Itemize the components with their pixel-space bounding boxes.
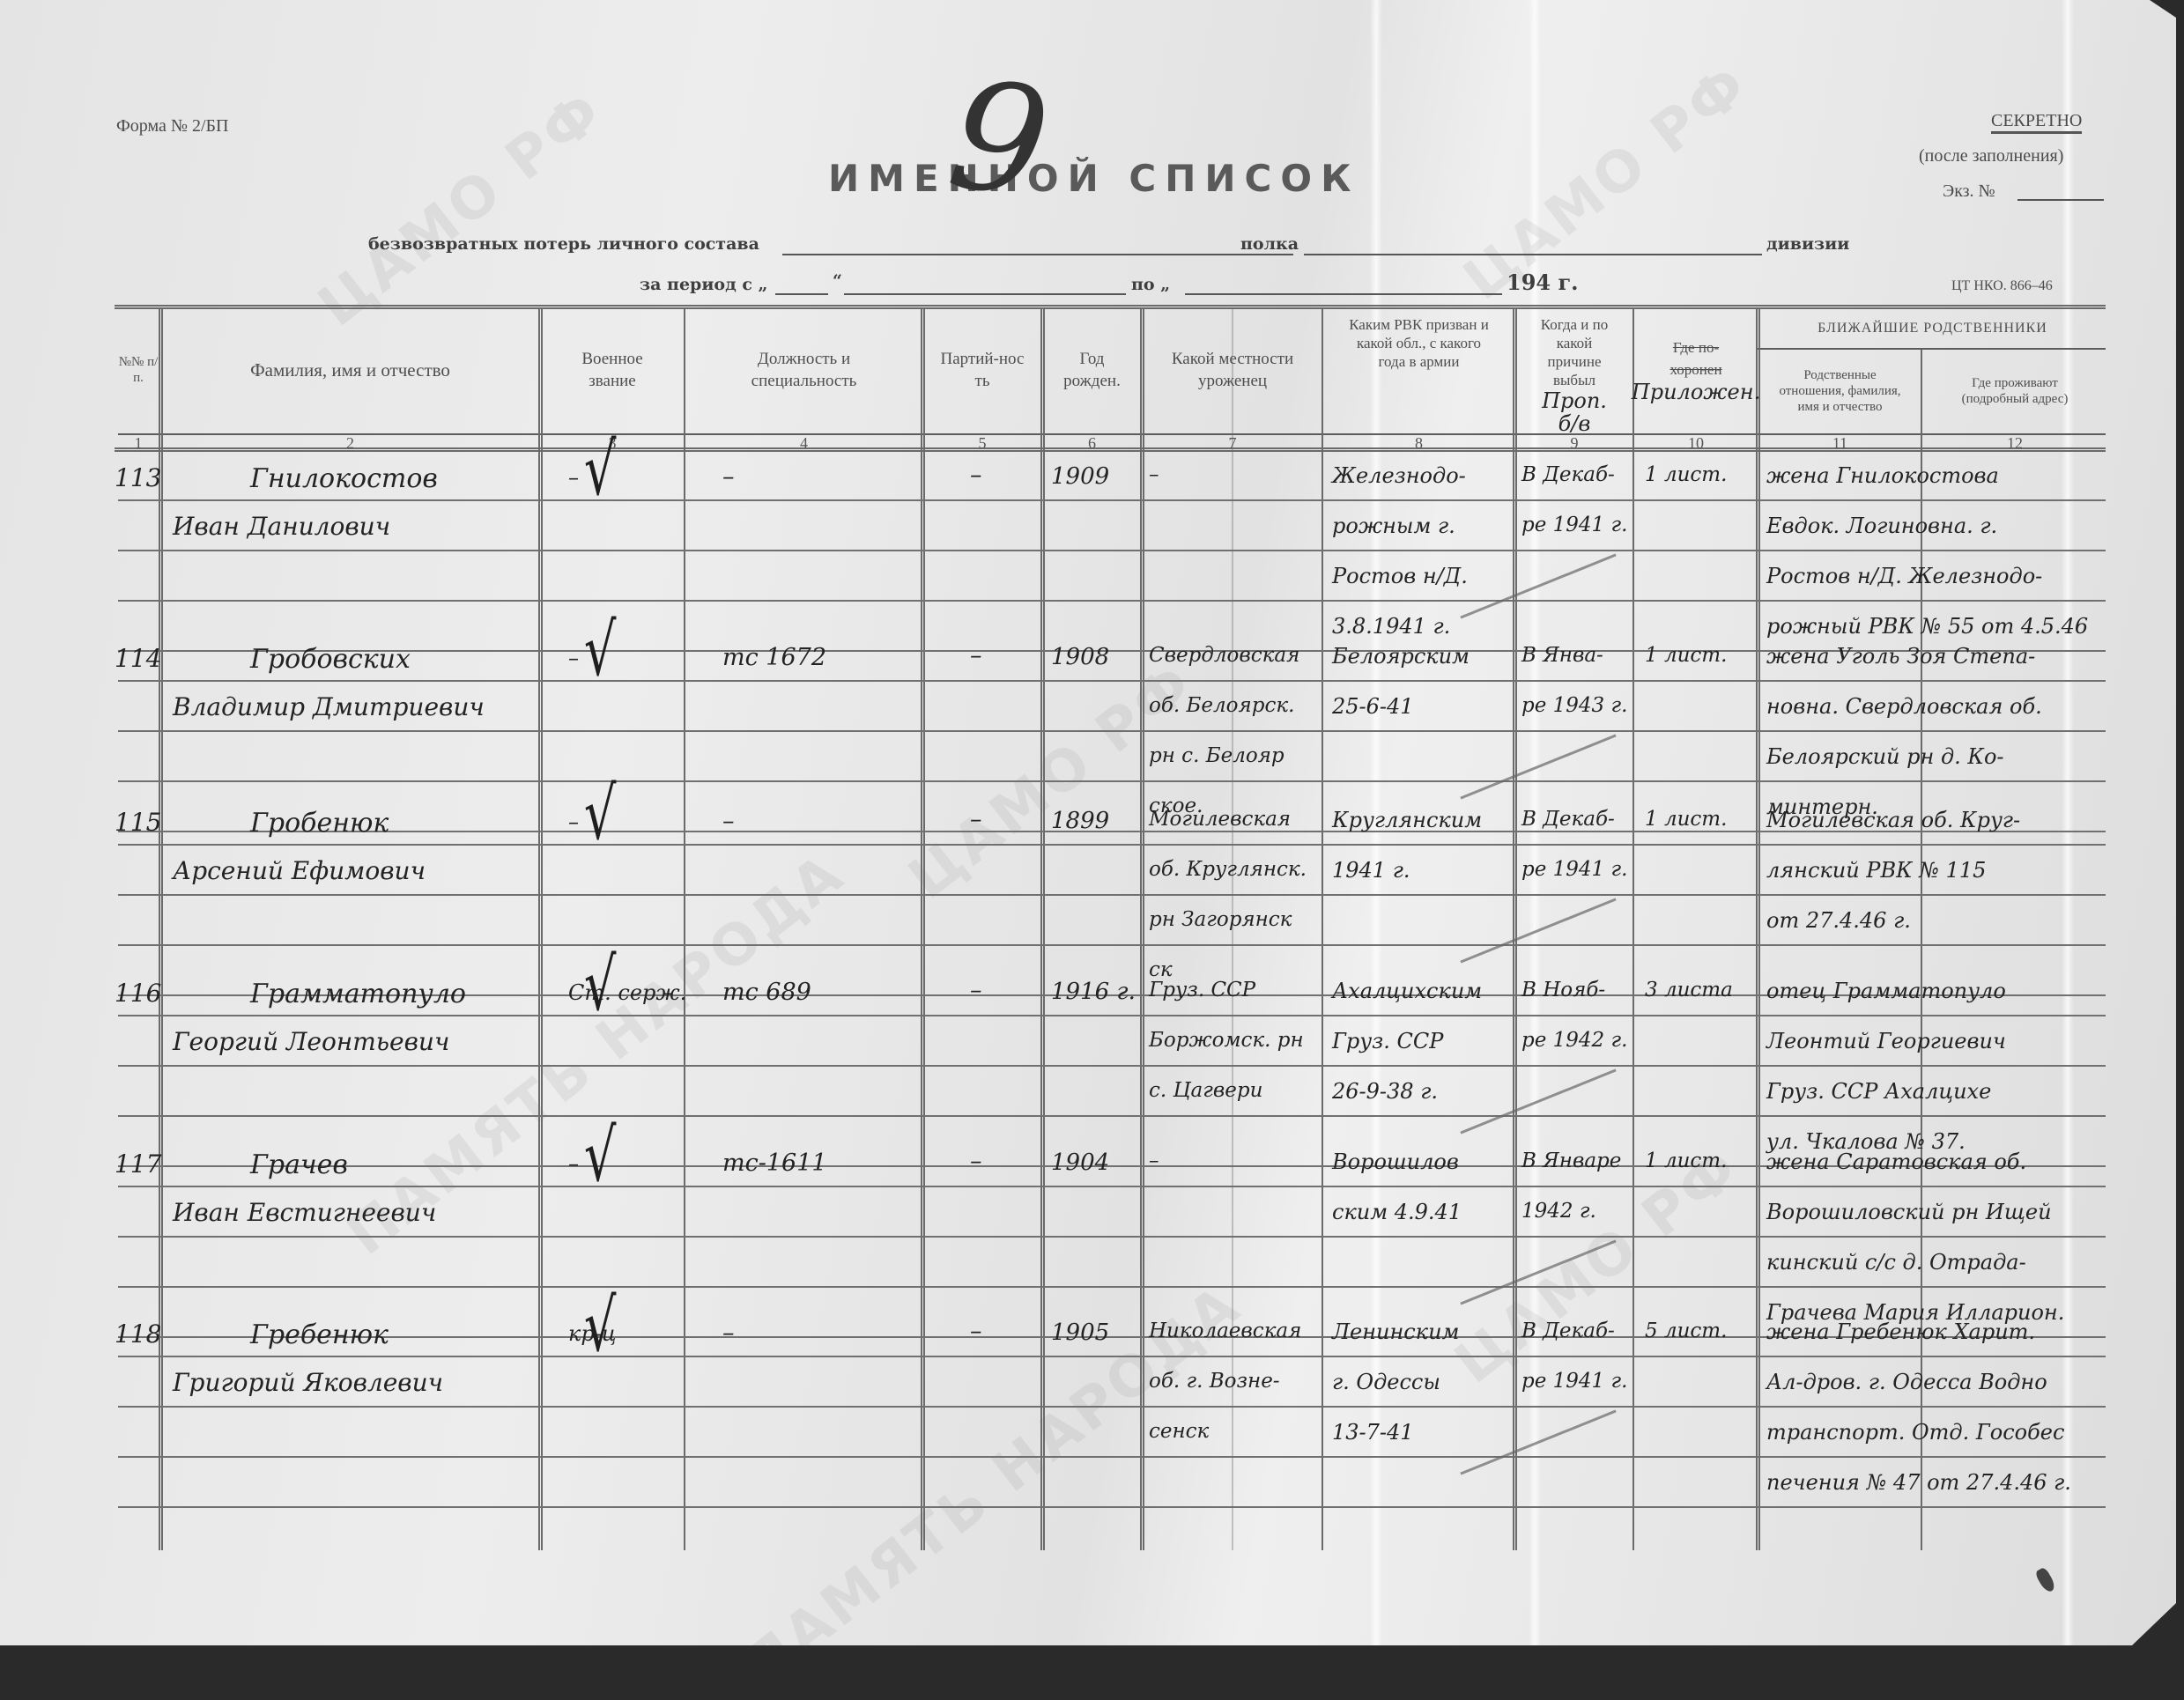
party-membership: – (970, 642, 982, 669)
row-number: 116 (115, 979, 161, 1008)
column-divider (684, 308, 685, 1550)
secret-label: СЕКРЕТНО (1991, 111, 2082, 134)
col-number: 11 (1759, 434, 1921, 453)
col-header-position: Должность и специальность (687, 308, 921, 432)
loss-date-line: ре 1943 г. (1521, 694, 1627, 717)
ruled-line (118, 1236, 2106, 1238)
loss-date-line: В Январе (1521, 1149, 1621, 1172)
loss-date-line: В Нояб- (1521, 979, 1605, 1002)
burial-pages: 5 лист. (1645, 1319, 1727, 1342)
loss-date-line: В Декаб- (1521, 1319, 1615, 1342)
col-header-rvk: Каким РВК призван и какой обл., с какого… (1325, 308, 1513, 432)
ruled-line (118, 1186, 2106, 1187)
surname: Гробовских (250, 644, 411, 675)
document-title: ИМЕННОЙ СПИСОК (828, 157, 1359, 200)
position-specialty: – (722, 463, 735, 491)
position-specialty: тс-1611 (722, 1149, 827, 1177)
checkmark-icon: √ (584, 609, 617, 692)
rvk-line: г. Одессы (1332, 1370, 1440, 1394)
col-header-birth-year: Год рожден. (1044, 308, 1140, 432)
ruled-line (118, 550, 2106, 551)
column-divider (1513, 308, 1517, 1550)
column-divider (538, 308, 543, 1550)
period-quote: “ (833, 271, 842, 291)
col-header-rank: Военное звание (542, 308, 683, 432)
ruled-line (118, 894, 2106, 896)
col-header-handwritten: Проп. б/в (1536, 389, 1613, 435)
relative-line: Груз. ССР Ахалцихе (1766, 1079, 1991, 1104)
ruled-line (118, 730, 2106, 732)
loss-date-line: 1942 г. (1521, 1200, 1596, 1223)
birthplace-line: об. Белоярск. (1149, 694, 1294, 717)
checkmark-icon: √ (584, 1284, 617, 1368)
birthplace-line: с. Цагвери (1149, 1079, 1262, 1102)
column-divider (159, 308, 163, 1550)
loss-date-line: В Янва- (1521, 644, 1603, 667)
burial-pages: 1 лист. (1645, 808, 1727, 831)
col-number: 2 (162, 434, 538, 453)
rvk-line: Ростов н/Д. (1332, 564, 1468, 588)
division-label: дивизии (1766, 234, 1849, 254)
ruled-line (118, 1015, 2106, 1016)
regiment-label: полка (1240, 234, 1299, 254)
birthplace-line: – (1149, 463, 1159, 486)
ruled-line (118, 844, 2106, 846)
relative-line: жена Гребенюк Харит. (1766, 1319, 2035, 1344)
relative-line: Ворошиловский рн Ищей (1766, 1200, 2052, 1224)
party-membership: – (970, 806, 982, 833)
birthplace-line: рн с. Белояр (1149, 744, 1284, 767)
relatives-group-divider (1758, 348, 2106, 350)
relative-line: транспорт. Отд. Гособес (1766, 1420, 2064, 1445)
birthplace-line: Свердловская (1149, 644, 1299, 667)
relative-line: лянский РВК № 115 (1766, 858, 1986, 883)
relative-line: жена Уголь Зоя Степа- (1766, 644, 2035, 669)
period-year: 194 г. (1507, 270, 1579, 295)
rvk-line: Ленинским (1332, 1319, 1459, 1344)
given-names: Арсений Ефимович (173, 856, 426, 885)
relative-line: Леонтий Георгиевич (1766, 1029, 2006, 1053)
rvk-line: Груз. ССР (1332, 1029, 1443, 1053)
party-membership: – (970, 977, 982, 1004)
col-header-label: Где проживают (подробный адрес) (1951, 375, 2079, 407)
ruled-line (118, 499, 2106, 501)
relative-line: от 27.4.46 г. (1766, 908, 1911, 933)
col-header-label: Какой местности уроженец (1152, 348, 1313, 392)
birthplace-line: сенск (1149, 1420, 1209, 1443)
relative-line: Ал-дров. г. Одесса Водно (1766, 1370, 2047, 1394)
col-header-label: Где по-хоронен (1657, 336, 1735, 381)
loss-date-line: ре 1941 г. (1521, 1370, 1627, 1393)
paper-fold (2062, 0, 2074, 1645)
col-header-name: Фамилия, имя и отчество (162, 308, 538, 432)
relatives-group-header: БЛИЖАЙШИЕ РОДСТВЕННИКИ (1759, 308, 2106, 348)
birth-year: 1899 (1051, 808, 1109, 834)
rvk-line: 26-9-38 г. (1332, 1079, 1438, 1104)
col-header-number: №№ п/п. (118, 308, 159, 432)
col-number: 5 (924, 434, 1040, 453)
col-header-label: Каким РВК призван и какой обл., с какого… (1344, 315, 1493, 371)
birth-year: 1909 (1051, 463, 1109, 490)
given-names: Иван Евстигнеевич (173, 1198, 436, 1227)
document-page: ЦАМО РФ ЦАМО РФ ЦАМО РФ ПАМЯТЬ НАРОДА ЦА… (0, 0, 2176, 1645)
surname: Грамматопуло (250, 979, 466, 1009)
rvk-line: Белоярским (1332, 644, 1470, 669)
col-header-address: Где проживают (подробный адрес) (1924, 351, 2106, 432)
col-header-label: Год рожден. (1060, 348, 1124, 392)
col-number: 4 (687, 434, 921, 453)
relative-line: жена Гнилокостова (1766, 463, 1999, 488)
relative-line: Ростов н/Д. Железнодо- (1766, 564, 2042, 588)
checkmark-icon: √ (584, 1114, 617, 1198)
birth-year: 1905 (1051, 1319, 1109, 1346)
rvk-line: ским 4.9.41 (1332, 1200, 1462, 1224)
military-rank: – (568, 809, 579, 834)
ruled-line (118, 1506, 2106, 1508)
relative-line: печения № 47 от 27.4.46 г. (1766, 1470, 2071, 1495)
surname: Гробенюк (250, 808, 389, 839)
birth-year: 1904 (1051, 1149, 1109, 1176)
loss-date-line: В Декаб- (1521, 463, 1615, 486)
surname: Грачев (250, 1149, 348, 1180)
handwritten-page-number: 9 (940, 47, 1059, 233)
rvk-line: 13-7-41 (1332, 1420, 1414, 1445)
loss-date-line: ре 1941 г. (1521, 858, 1627, 881)
loss-date-line: ре 1942 г. (1521, 1029, 1627, 1052)
given-names: Георгий Леонтьевич (173, 1027, 449, 1056)
relative-line: Белоярский рн д. Ко- (1766, 744, 2004, 769)
burial-pages: 1 лист. (1645, 463, 1727, 486)
birthplace-line: об. г. Возне- (1149, 1370, 1280, 1393)
col-header-label: БЛИЖАЙШИЕ РОДСТВЕННИКИ (1818, 317, 2047, 339)
military-rank: – (568, 465, 579, 490)
loss-date-line: В Декаб- (1521, 808, 1615, 831)
row-number: 117 (115, 1149, 161, 1179)
period-to: по „ (1131, 275, 1170, 294)
position-specialty: – (722, 808, 735, 835)
surname: Гнилокостов (250, 463, 438, 494)
military-rank: – (568, 646, 579, 670)
watermark: ЦАМО РФ (1452, 52, 1761, 314)
row-number: 114 (115, 644, 161, 673)
position-specialty: тс 689 (722, 979, 811, 1006)
col-header-label: Военное звание (568, 348, 656, 392)
relative-line: Могилевская об. Круг- (1766, 808, 2020, 832)
birthplace-line: Могилевская (1149, 808, 1291, 831)
rvk-line: Круглянским (1332, 808, 1482, 832)
birthplace-line: – (1149, 1149, 1159, 1172)
printing-code: ЦТ НКО. 866–46 (1951, 278, 2053, 294)
regiment-blank (782, 254, 1293, 255)
relative-line: отец Грамматопуло (1766, 979, 2006, 1003)
loss-date-line: ре 1941 г. (1521, 514, 1627, 536)
col-number: 10 (1636, 434, 1756, 453)
subtitle-prefix: безвозвратных потерь личного состава (368, 234, 759, 254)
ruled-line (118, 1115, 2106, 1117)
relative-line: жена Саратовская об. (1766, 1149, 2026, 1174)
burial-pages: 1 лист. (1645, 644, 1727, 667)
ruled-line (118, 1286, 2106, 1288)
column-divider (1756, 308, 1760, 1550)
col-number: 12 (1924, 434, 2106, 453)
row-number: 113 (115, 463, 161, 492)
period-day-blank (775, 293, 828, 295)
col-number: 9 (1516, 434, 1632, 453)
col-number: 8 (1325, 434, 1513, 453)
rvk-line: Ворошилов (1332, 1149, 1459, 1174)
given-names: Иван Данилович (173, 512, 390, 541)
relative-line: Евдок. Логиновна. г. (1766, 514, 1997, 538)
column-divider (921, 308, 925, 1550)
birth-year: 1916 г. (1051, 979, 1136, 1005)
division-blank (1304, 254, 1762, 255)
position-specialty: тс 1672 (722, 644, 826, 671)
column-divider (1140, 308, 1144, 1550)
ruled-line (118, 780, 2106, 782)
birthplace-line: Боржомск. рн (1149, 1029, 1304, 1052)
party-membership: – (970, 1318, 982, 1345)
rvk-line: Железнодо- (1332, 463, 1466, 488)
watermark: ЦАМО РФ (307, 78, 616, 340)
party-membership: – (970, 462, 982, 489)
col-header-label: Когда и по какой причине выбыл (1536, 315, 1613, 389)
birthplace-line: Груз. ССР (1149, 979, 1255, 1002)
col-header-label: №№ п/п. (118, 354, 159, 386)
col-header-burial: Где по-хоронен Приложен. (1636, 308, 1756, 432)
column-divider (1040, 308, 1045, 1550)
col-number: 6 (1044, 434, 1140, 453)
col-header-label: Фамилия, имя и отчество (250, 359, 450, 381)
period-prefix: за период с „ (640, 275, 768, 294)
birthplace-line: рн Загорянск (1149, 908, 1292, 931)
checkmark-icon: √ (584, 772, 617, 856)
col-header-label: Партий-ность (940, 348, 1025, 392)
birth-year: 1908 (1051, 644, 1109, 670)
column-divider (1322, 308, 1323, 1550)
checkmark-icon: √ (584, 943, 617, 1027)
after-filling-label: (после заполнения) (1919, 146, 2063, 166)
relative-line: кинский с/с д. Отрада- (1766, 1250, 2026, 1275)
col-header-label: Родственные отношения, фамилия, имя и от… (1772, 367, 1908, 415)
ruled-line (118, 1356, 2106, 1357)
ruled-line (118, 944, 2106, 946)
ruled-line (118, 1406, 2106, 1408)
col-header-label: Должность и специальность (722, 348, 885, 392)
position-specialty: – (722, 1319, 735, 1347)
rvk-line: 1941 г. (1332, 858, 1410, 883)
rvk-line: рожным г. (1332, 514, 1455, 538)
form-number: Форма № 2/БП (116, 116, 228, 137)
col-number: 1 (118, 434, 159, 453)
relative-line: рожный РВК № 55 от 4.5.46 (1766, 614, 2088, 639)
period-end-blank (1185, 293, 1502, 295)
column-divider (1632, 308, 1634, 1550)
col-header-when: Когда и по какой причине выбыл Проп. б/в (1516, 308, 1632, 432)
birthplace-line: об. Круглянск. (1149, 858, 1307, 881)
row-number: 118 (115, 1319, 161, 1349)
ruled-line (118, 1456, 2106, 1458)
ruled-line (118, 1065, 2106, 1067)
given-names: Владимир Дмитриевич (173, 692, 485, 721)
surname: Гребенюк (250, 1319, 389, 1350)
col-header-birthplace: Какой местности уроженец (1144, 308, 1322, 432)
period-month-blank (844, 293, 1126, 295)
rvk-line: Ахалцихским (1332, 979, 1482, 1003)
burial-pages: 3 листа (1645, 979, 1733, 1002)
party-membership: – (970, 1148, 982, 1175)
ruled-line (118, 680, 2106, 682)
birthplace-line: Николаевская (1149, 1319, 1301, 1342)
rvk-line: 3.8.1941 г. (1332, 614, 1450, 639)
copy-number-blank (2017, 199, 2104, 201)
row-number: 115 (115, 808, 161, 837)
rvk-line: 25-6-41 (1332, 694, 1414, 719)
checkmark-icon: √ (584, 428, 617, 512)
col-header-relative: Родственные отношения, фамилия, имя и от… (1759, 351, 1921, 432)
ink-blot (2034, 1566, 2057, 1593)
col-number: 7 (1144, 434, 1322, 453)
copy-number-label: Экз. № (1943, 181, 1995, 202)
military-rank: – (568, 1151, 579, 1176)
ruled-line (118, 600, 2106, 602)
given-names: Григорий Яковлевич (173, 1368, 443, 1397)
relative-line: новна. Свердловская об. (1766, 694, 2042, 719)
col-header-handwritten: Приложен. (1632, 381, 1760, 403)
col-header-party: Партий-ность (924, 308, 1040, 432)
burial-pages: 1 лист. (1645, 1149, 1727, 1172)
